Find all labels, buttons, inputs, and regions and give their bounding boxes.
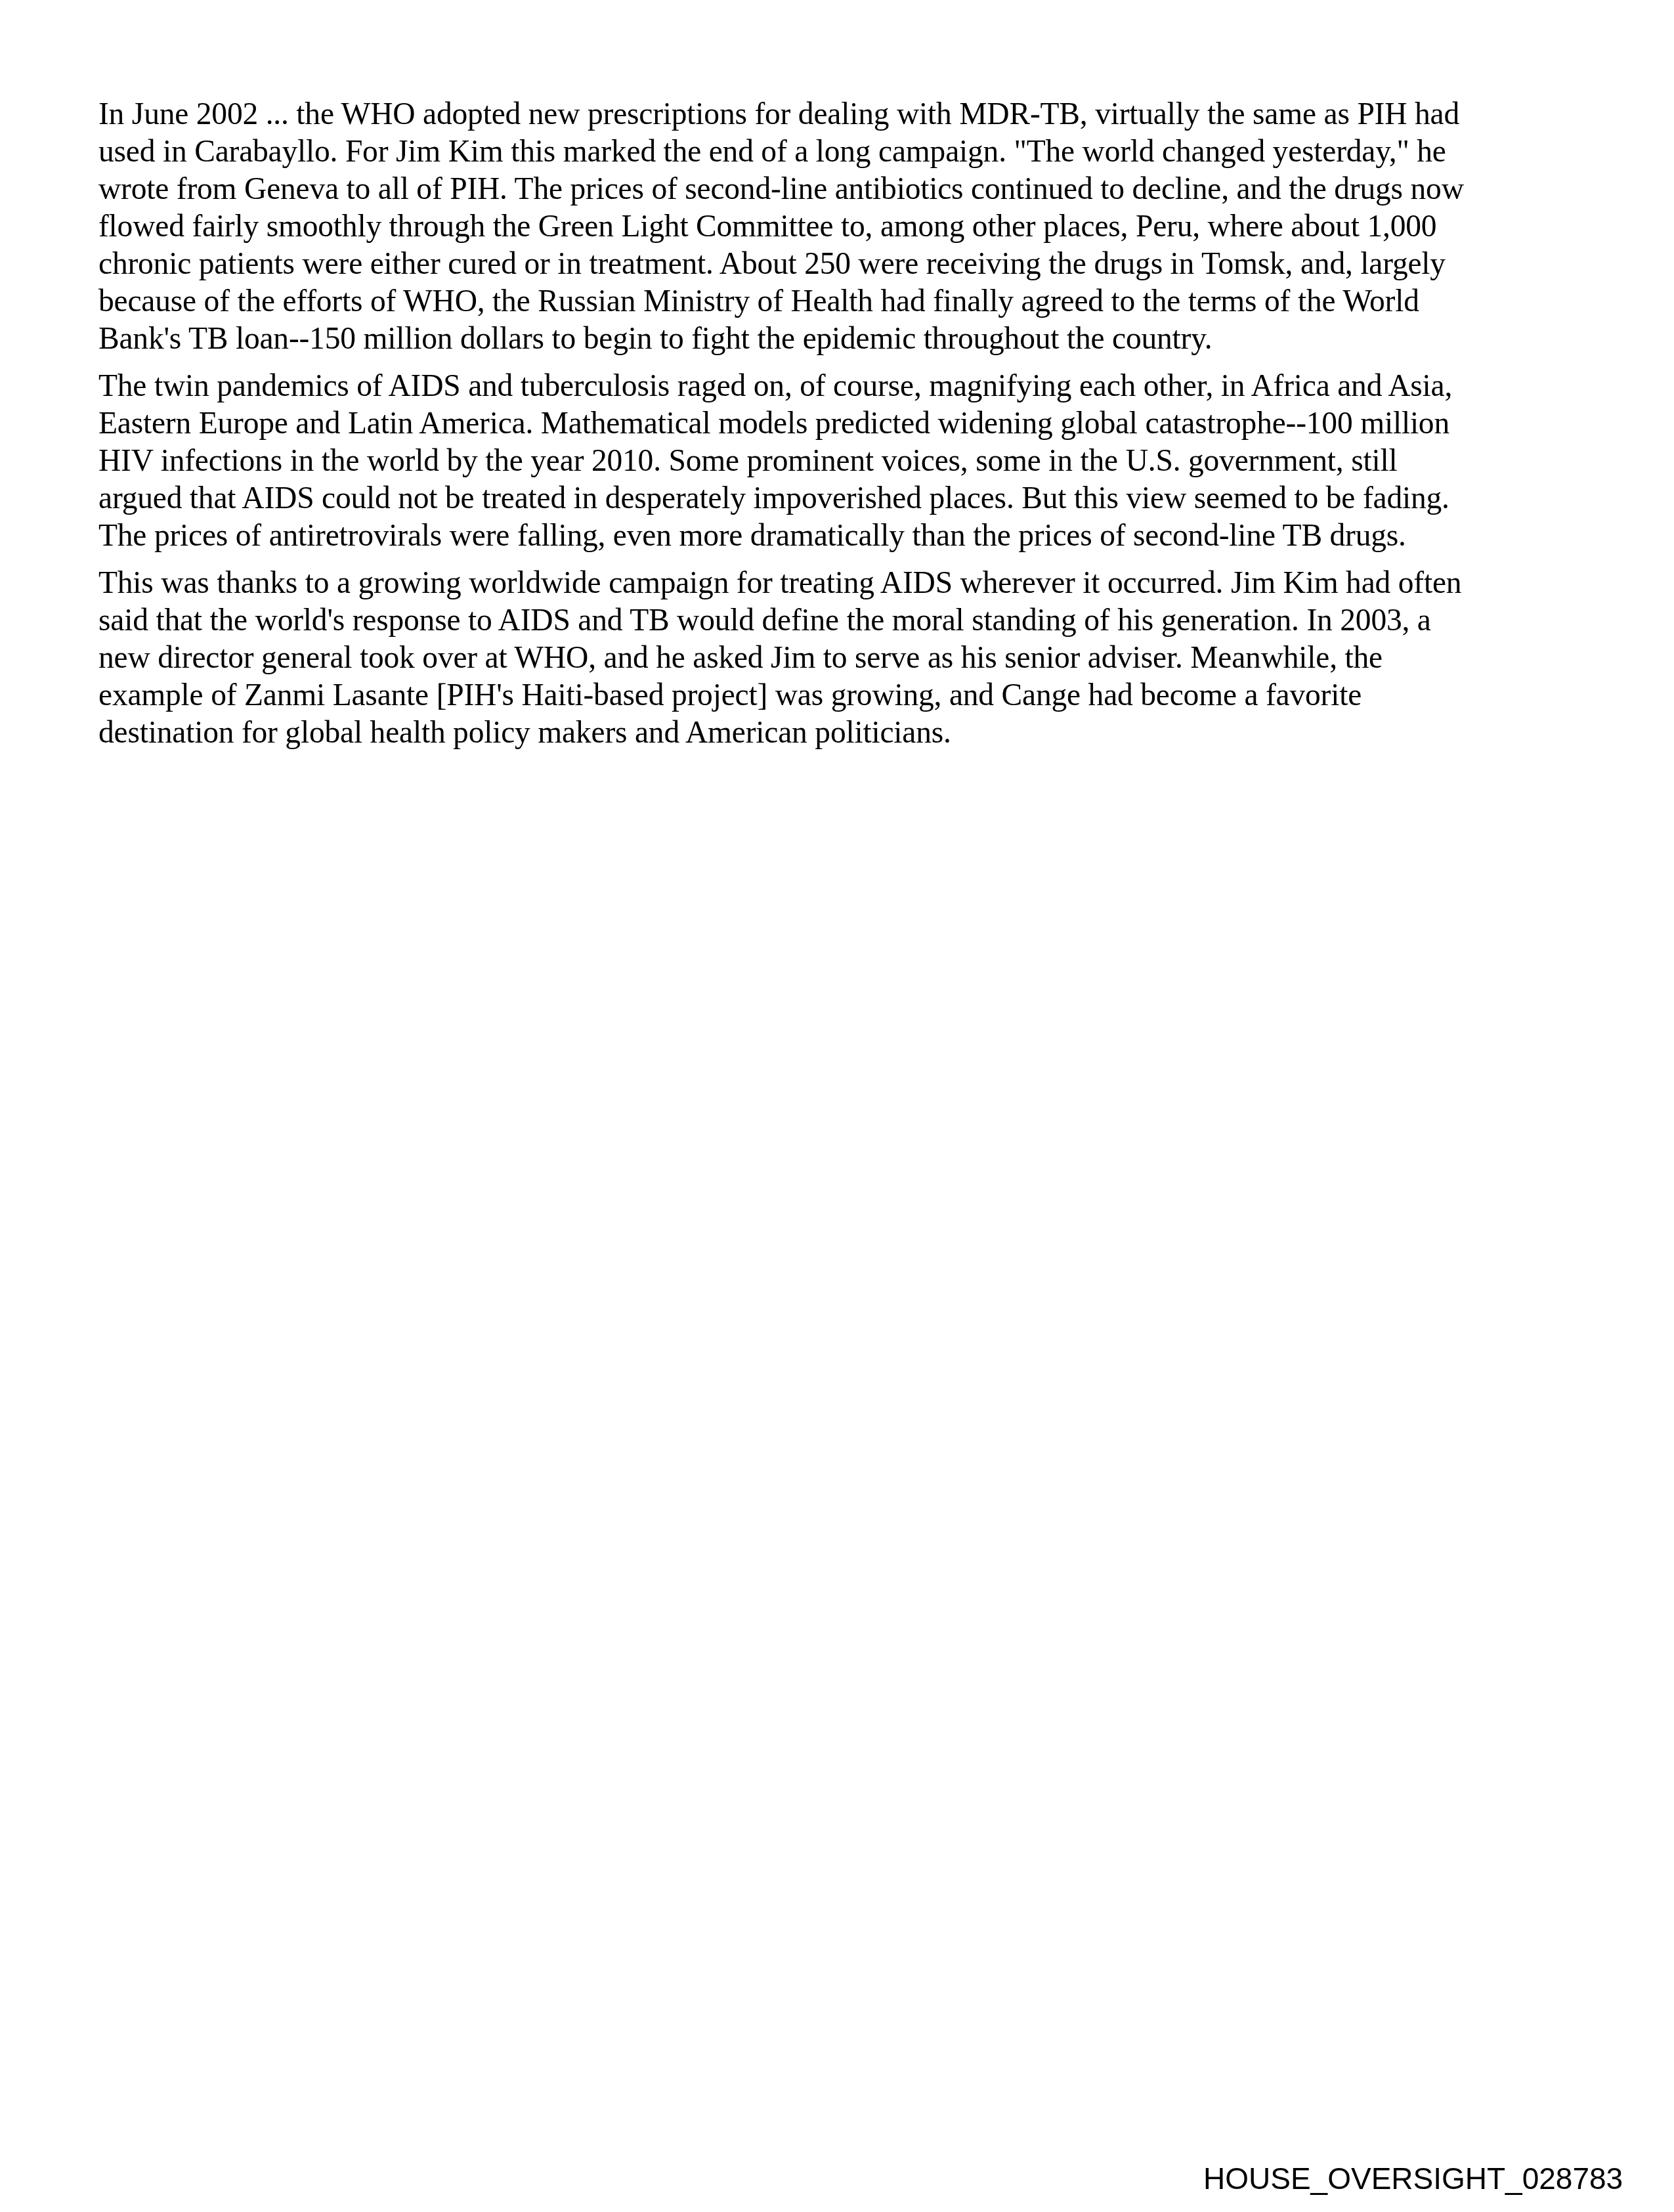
text-line: The prices of antiretrovirals were falli… (98, 517, 1562, 555)
text-line: flowed fairly smoothly through the Green… (98, 208, 1562, 246)
paragraph-3: This was thanks to a growing worldwide c… (98, 565, 1562, 752)
text-line: Eastern Europe and Latin America. Mathem… (98, 405, 1562, 443)
text-line: said that the world's response to AIDS a… (98, 602, 1562, 640)
text-line: argued that AIDS could not be treated in… (98, 480, 1562, 517)
text-line: new director general took over at WHO, a… (98, 640, 1562, 677)
text-line: used in Carabayllo. For Jim Kim this mar… (98, 133, 1562, 171)
text-line: Bank's TB loan--150 million dollars to b… (98, 320, 1562, 358)
text-line: because of the efforts of WHO, the Russi… (98, 283, 1562, 320)
text-line: The twin pandemics of AIDS and tuberculo… (98, 368, 1562, 405)
paragraph-2: The twin pandemics of AIDS and tuberculo… (98, 368, 1562, 555)
text-line: This was thanks to a growing worldwide c… (98, 565, 1562, 602)
document-body: In June 2002 ... the WHO adopted new pre… (98, 96, 1562, 762)
text-line: example of Zanmi Lasante [PIH's Haiti-ba… (98, 677, 1562, 714)
text-line: destination for global health policy mak… (98, 714, 1562, 752)
bates-stamp: HOUSE_OVERSIGHT_028783 (1203, 2161, 1623, 2196)
text-line: chronic patients were either cured or in… (98, 246, 1562, 283)
paragraph-1: In June 2002 ... the WHO adopted new pre… (98, 96, 1562, 358)
text-line: In June 2002 ... the WHO adopted new pre… (98, 96, 1562, 133)
text-line: wrote from Geneva to all of PIH. The pri… (98, 171, 1562, 208)
text-line: HIV infections in the world by the year … (98, 443, 1562, 480)
